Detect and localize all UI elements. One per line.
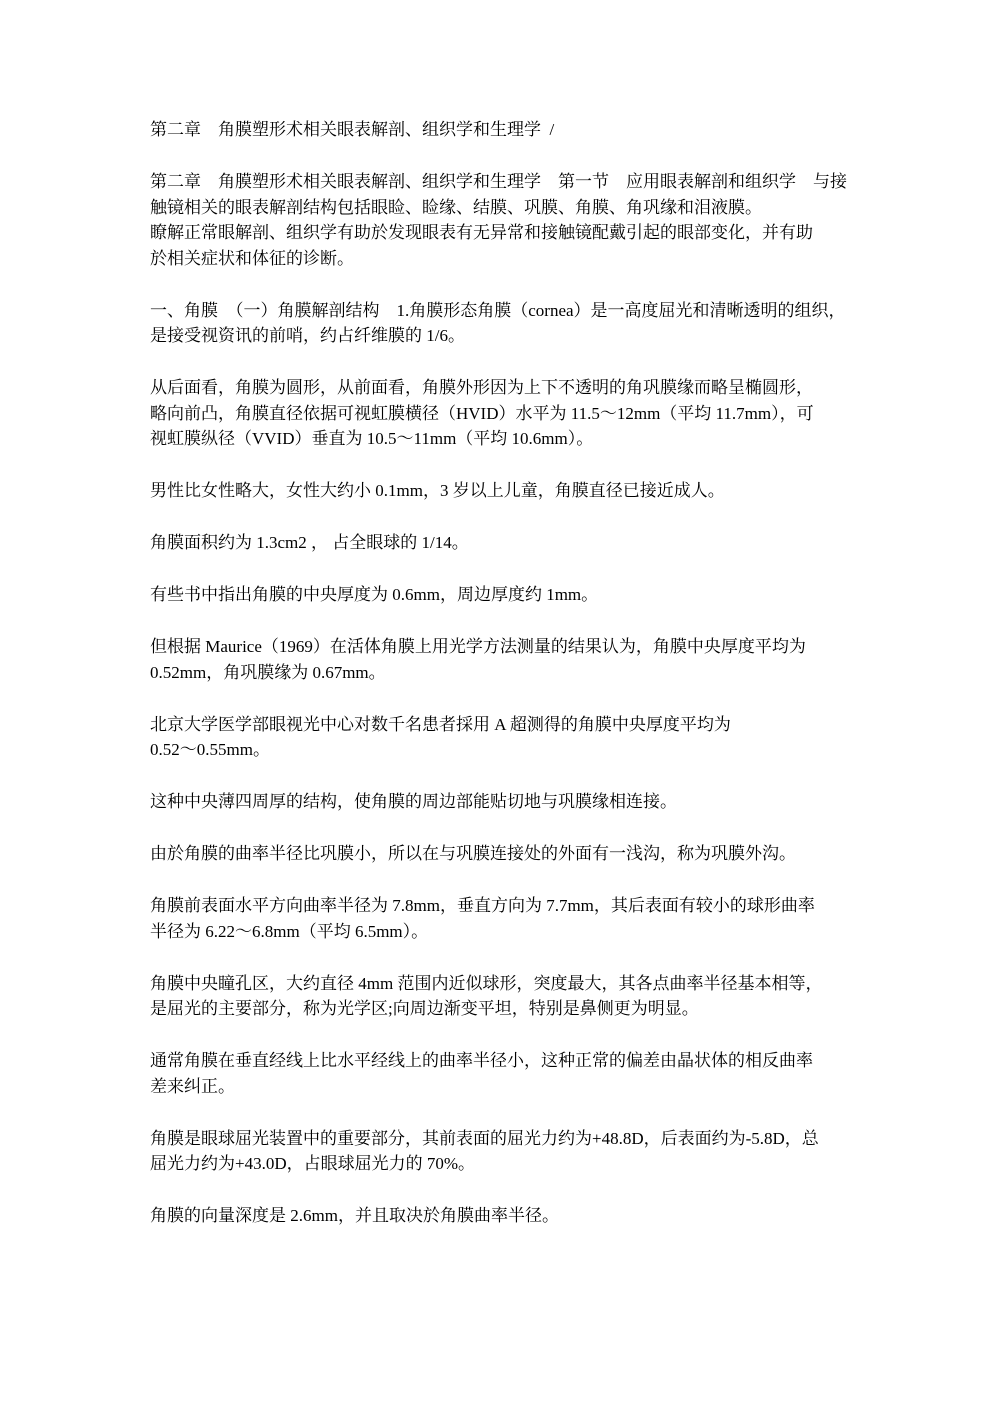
- paragraph: 但根据 Maurice（1969）在活体角膜上用光学方法测量的结果认为，角膜中央…: [150, 634, 853, 685]
- text-line: 角膜面积约为 1.3cm2 ， 占全眼球的 1/14。: [150, 530, 853, 556]
- paragraph: 由於角膜的曲率半径比巩膜小，所以在与巩膜连接处的外面有一浅沟，称为巩膜外沟。: [150, 841, 853, 867]
- paragraph: 通常角膜在垂直经线上比水平经线上的曲率半径小，这种正常的偏差由晶状体的相反曲率 …: [150, 1048, 853, 1099]
- text-line: 是屈光的主要部分，称为光学区;向周边渐变平坦，特别是鼻侧更为明显。: [150, 996, 853, 1022]
- paragraph: 从后面看，角膜为圆形，从前面看，角膜外形因为上下不透明的角巩膜缘而略呈椭圆形， …: [150, 375, 853, 452]
- paragraph: 第二章 角膜塑形术相关眼表解剖、组织学和生理学 第一节 应用眼表解剖和组织学 与…: [150, 169, 853, 271]
- text-line: 角膜的向量深度是 2.6mm，并且取决於角膜曲率半径。: [150, 1203, 853, 1229]
- paragraph: 角膜的向量深度是 2.6mm，并且取决於角膜曲率半径。: [150, 1203, 853, 1229]
- paragraph: 男性比女性略大，女性大约小 0.1mm，3 岁以上儿童，角膜直径已接近成人。: [150, 478, 853, 504]
- text-line: 由於角膜的曲率半径比巩膜小，所以在与巩膜连接处的外面有一浅沟，称为巩膜外沟。: [150, 841, 853, 867]
- document-page: 第二章 角膜塑形术相关眼表解剖、组织学和生理学 / 第二章 角膜塑形术相关眼表解…: [0, 0, 993, 1404]
- text-line: 第二章 角膜塑形术相关眼表解剖、组织学和生理学 第一节 应用眼表解剖和组织学 与…: [150, 169, 853, 195]
- text-line: 触镜相关的眼表解剖结构包括眼睑、睑缘、结膜、巩膜、角膜、角巩缘和泪液膜。: [150, 195, 853, 221]
- text-line: 从后面看，角膜为圆形，从前面看，角膜外形因为上下不透明的角巩膜缘而略呈椭圆形，: [150, 375, 853, 401]
- paragraph: 角膜前表面水平方向曲率半径为 7.8mm，垂直方向为 7.7mm，其后表面有较小…: [150, 893, 853, 944]
- text-line: 角膜是眼球屈光装置中的重要部分，其前表面的屈光力约为+48.8D，后表面约为-5…: [150, 1126, 853, 1152]
- text-line: 屈光力约为+43.0D，占眼球屈光力的 70%。: [150, 1151, 853, 1177]
- text-line: 北京大学医学部眼视光中心对数千名患者採用 A 超测得的角膜中央厚度平均为: [150, 712, 853, 738]
- text-line: 0.52mm，角巩膜缘为 0.67mm。: [150, 660, 853, 686]
- text-line: 瞭解正常眼解剖、组织学有助於发现眼表有无异常和接触镜配戴引起的眼部变化，并有助: [150, 220, 853, 246]
- text-line: 0.52～0.55mm。: [150, 737, 853, 763]
- paragraph: 角膜是眼球屈光装置中的重要部分，其前表面的屈光力约为+48.8D，后表面约为-5…: [150, 1126, 853, 1177]
- document-title-paragraph: 第二章 角膜塑形术相关眼表解剖、组织学和生理学 /: [150, 117, 853, 143]
- paragraph: 这种中央薄四周厚的结构，使角膜的周边部能贴切地与巩膜缘相连接。: [150, 789, 853, 815]
- text-line: 角膜中央瞳孔区，大约直径 4mm 范围内近似球形，突度最大，其各点曲率半径基本相…: [150, 971, 853, 997]
- text-line: 有些书中指出角膜的中央厚度为 0.6mm，周边厚度约 1mm。: [150, 582, 853, 608]
- text-line: 是接受视资讯的前哨，约占纤维膜的 1/6。: [150, 323, 853, 349]
- paragraph: 一、角膜 （一）角膜解剖结构 1.角膜形态角膜（cornea）是一高度屈光和清晰…: [150, 298, 853, 349]
- paragraph: 角膜面积约为 1.3cm2 ， 占全眼球的 1/14。: [150, 530, 853, 556]
- text-line: 角膜前表面水平方向曲率半径为 7.8mm，垂直方向为 7.7mm，其后表面有较小…: [150, 893, 853, 919]
- paragraph: 有些书中指出角膜的中央厚度为 0.6mm，周边厚度约 1mm。: [150, 582, 853, 608]
- document-title: 第二章 角膜塑形术相关眼表解剖、组织学和生理学 /: [150, 117, 853, 143]
- text-line: 一、角膜 （一）角膜解剖结构 1.角膜形态角膜（cornea）是一高度屈光和清晰…: [150, 298, 853, 324]
- paragraph: 角膜中央瞳孔区，大约直径 4mm 范围内近似球形，突度最大，其各点曲率半径基本相…: [150, 971, 853, 1022]
- text-line: 於相关症状和体征的诊断。: [150, 246, 853, 272]
- paragraph: 北京大学医学部眼视光中心对数千名患者採用 A 超测得的角膜中央厚度平均为 0.5…: [150, 712, 853, 763]
- text-line: 这种中央薄四周厚的结构，使角膜的周边部能贴切地与巩膜缘相连接。: [150, 789, 853, 815]
- text-line: 视虹膜纵径（VVID）垂直为 10.5～11mm（平均 10.6mm）。: [150, 426, 853, 452]
- text-line: 通常角膜在垂直经线上比水平经线上的曲率半径小，这种正常的偏差由晶状体的相反曲率: [150, 1048, 853, 1074]
- text-line: 但根据 Maurice（1969）在活体角膜上用光学方法测量的结果认为，角膜中央…: [150, 634, 853, 660]
- text-line: 男性比女性略大，女性大约小 0.1mm，3 岁以上儿童，角膜直径已接近成人。: [150, 478, 853, 504]
- text-line: 略向前凸，角膜直径依据可视虹膜横径（HVID）水平为 11.5～12mm（平均 …: [150, 401, 853, 427]
- text-line: 半径为 6.22～6.8mm（平均 6.5mm）。: [150, 919, 853, 945]
- text-line: 差来纠正。: [150, 1074, 853, 1100]
